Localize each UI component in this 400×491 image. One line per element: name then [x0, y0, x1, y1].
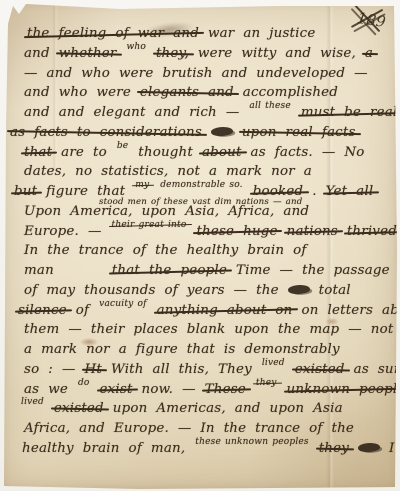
text-segment: war an justice — [208, 26, 316, 41]
text-segment: upon Americas, and upon Asia — [113, 401, 343, 416]
strikethrough-segment: exist — [100, 382, 133, 397]
strikethrough-segment: whether — [59, 46, 117, 61]
text-segment: now. — — [142, 382, 196, 397]
text-segment: Time — the passage — [236, 263, 390, 278]
text-segment: were witty and wise, — [198, 46, 356, 61]
strikethrough-segment: about — [202, 145, 242, 160]
text-segment: Europe. — — [24, 224, 102, 239]
insertion-segment: vacuity of — [99, 299, 146, 309]
cancelled-insertion-segment: their great into — [112, 220, 187, 230]
manuscript-line: as facts to considerations upon real fac… — [10, 125, 390, 145]
strikethrough-segment: These — [205, 382, 246, 397]
text-segment: and — [24, 46, 50, 61]
text-segment: a mark nor a figure that is demonstrably — [24, 342, 340, 357]
manuscript-line: In the trance of the healthy brain of — [24, 243, 390, 263]
scanned-manuscript: 189 the feeling of war and war an justic… — [0, 0, 400, 491]
text-segment: on letters about — [301, 303, 400, 318]
manuscript-line: man that the people Time — the passage — [24, 263, 390, 283]
strikethrough-segment: existed — [54, 401, 104, 416]
text-segment: I now offer — [389, 441, 400, 456]
insertion-segment: who — [126, 42, 146, 52]
manuscript-page: 189 the feeling of war and war an justic… — [0, 0, 400, 491]
text-segment: man — [24, 263, 54, 278]
manuscript-line: that are to be thought about as facts. —… — [24, 145, 390, 165]
text-segment: In the trance of the healthy brain of — [24, 243, 307, 258]
manuscript-line: silence of vacuity of anything about on … — [18, 303, 390, 323]
strikethrough-segment: these huge — [196, 224, 277, 239]
text-segment: of may thousands of years — the — [24, 283, 279, 298]
strikethrough-segment: upon real facts — [242, 125, 356, 140]
strikethrough-segment: existed — [295, 362, 345, 377]
text-segment: total — [319, 283, 351, 298]
manuscript-line: lived existed upon Americas, and upon As… — [20, 401, 390, 421]
strikethrough-segment: that the people — [112, 263, 227, 278]
cancelled-insertion-segment: they — [256, 378, 277, 388]
text-segment: accomplished — [243, 85, 338, 100]
strikethrough-segment: as facts to considerations — [10, 125, 202, 140]
text-segment: Africa, and Europe. — In the trance of t… — [24, 421, 354, 436]
manuscript-line: and whether who they, were witty and wis… — [24, 46, 390, 66]
text-segment: . — [312, 184, 316, 199]
manuscript-line: the feeling of war and war an justice — [27, 26, 390, 46]
ink-blot — [211, 126, 234, 137]
strikethrough-segment: the feeling of war and — [27, 26, 199, 41]
insertion-segment: do — [78, 378, 90, 388]
strikethrough-segment: thrived for their — [347, 224, 400, 239]
text-segment: of — [76, 303, 89, 318]
manuscript-line: as we do exist now. — These they unknown… — [24, 382, 390, 402]
text-segment: healthy brain of man, — [22, 441, 185, 456]
text-segment: as we — [24, 382, 68, 397]
manuscript-line: stood men of these vast dim nations — an… — [24, 204, 390, 224]
text-segment: and and elegant and rich — — [24, 105, 239, 120]
interlinear-insertion-segment: stood men of these vast dim nations — an… — [99, 197, 302, 207]
text-segment: and who were — [24, 85, 131, 100]
manuscript-line: a mark nor a figure that is demonstrably — [24, 342, 390, 362]
ink-blot — [358, 442, 381, 453]
strikethrough-segment: Ht — [85, 362, 102, 377]
strikethrough-segment: silence — [18, 303, 67, 318]
insertion-segment: these unknown peoples — [195, 437, 308, 447]
manuscript-line: — and who were brutish and undeveloped — — [24, 66, 390, 86]
insertion-segment: lived — [21, 397, 44, 407]
strikethrough-segment: anything about on — [157, 303, 293, 318]
insertion-segment: demonstrable so. — [160, 180, 243, 190]
text-segment: as surely — [354, 362, 400, 377]
cancelled-insertion-segment: my — [135, 180, 149, 190]
manuscript-line: and and elegant and rich — all these mus… — [24, 105, 390, 125]
strikethrough-segment: unknown peoples — [287, 382, 400, 397]
strikethrough-segment: that — [24, 145, 52, 160]
manuscript-text: the feeling of war and war an justice an… — [24, 26, 390, 461]
strikethrough-segment: nations — [287, 224, 338, 239]
ink-blot — [287, 284, 310, 295]
text-segment: are to — [61, 145, 107, 160]
text-segment: them — their places blank upon the map —… — [24, 322, 393, 337]
manuscript-line: healthy brain of man, these unknown peop… — [22, 441, 390, 461]
text-segment: as facts. — No — [251, 145, 365, 160]
strikethrough-segment: Yet all — [326, 184, 374, 199]
strikethrough-segment: elegants and — [140, 85, 234, 100]
manuscript-line: and who were elegants and accomplished — [24, 85, 390, 105]
text-segment: so : — — [24, 362, 76, 377]
manuscript-line: Europe. — their great into these huge na… — [24, 224, 390, 244]
strikethrough-segment: must be realized — [301, 105, 400, 120]
insertion-segment: lived — [262, 358, 285, 368]
text-segment: thought — [138, 145, 193, 160]
manuscript-line: them — their places blank upon the map —… — [24, 322, 390, 342]
text-segment: dates, no statistics, not a mark nor a — [24, 164, 312, 179]
strikethrough-segment: but — [14, 184, 37, 199]
text-segment: With all this, They — [111, 362, 252, 377]
insertion-segment: all these — [249, 101, 290, 111]
strikethrough-segment: they, — [156, 46, 189, 61]
manuscript-line: of may thousands of years — the total — [24, 283, 390, 303]
insertion-segment: be — [117, 141, 129, 151]
strikethrough-segment: they — [319, 441, 349, 456]
strikethrough-segment: a — [365, 46, 373, 61]
text-segment: — and who were brutish and undeveloped — — [24, 66, 368, 81]
